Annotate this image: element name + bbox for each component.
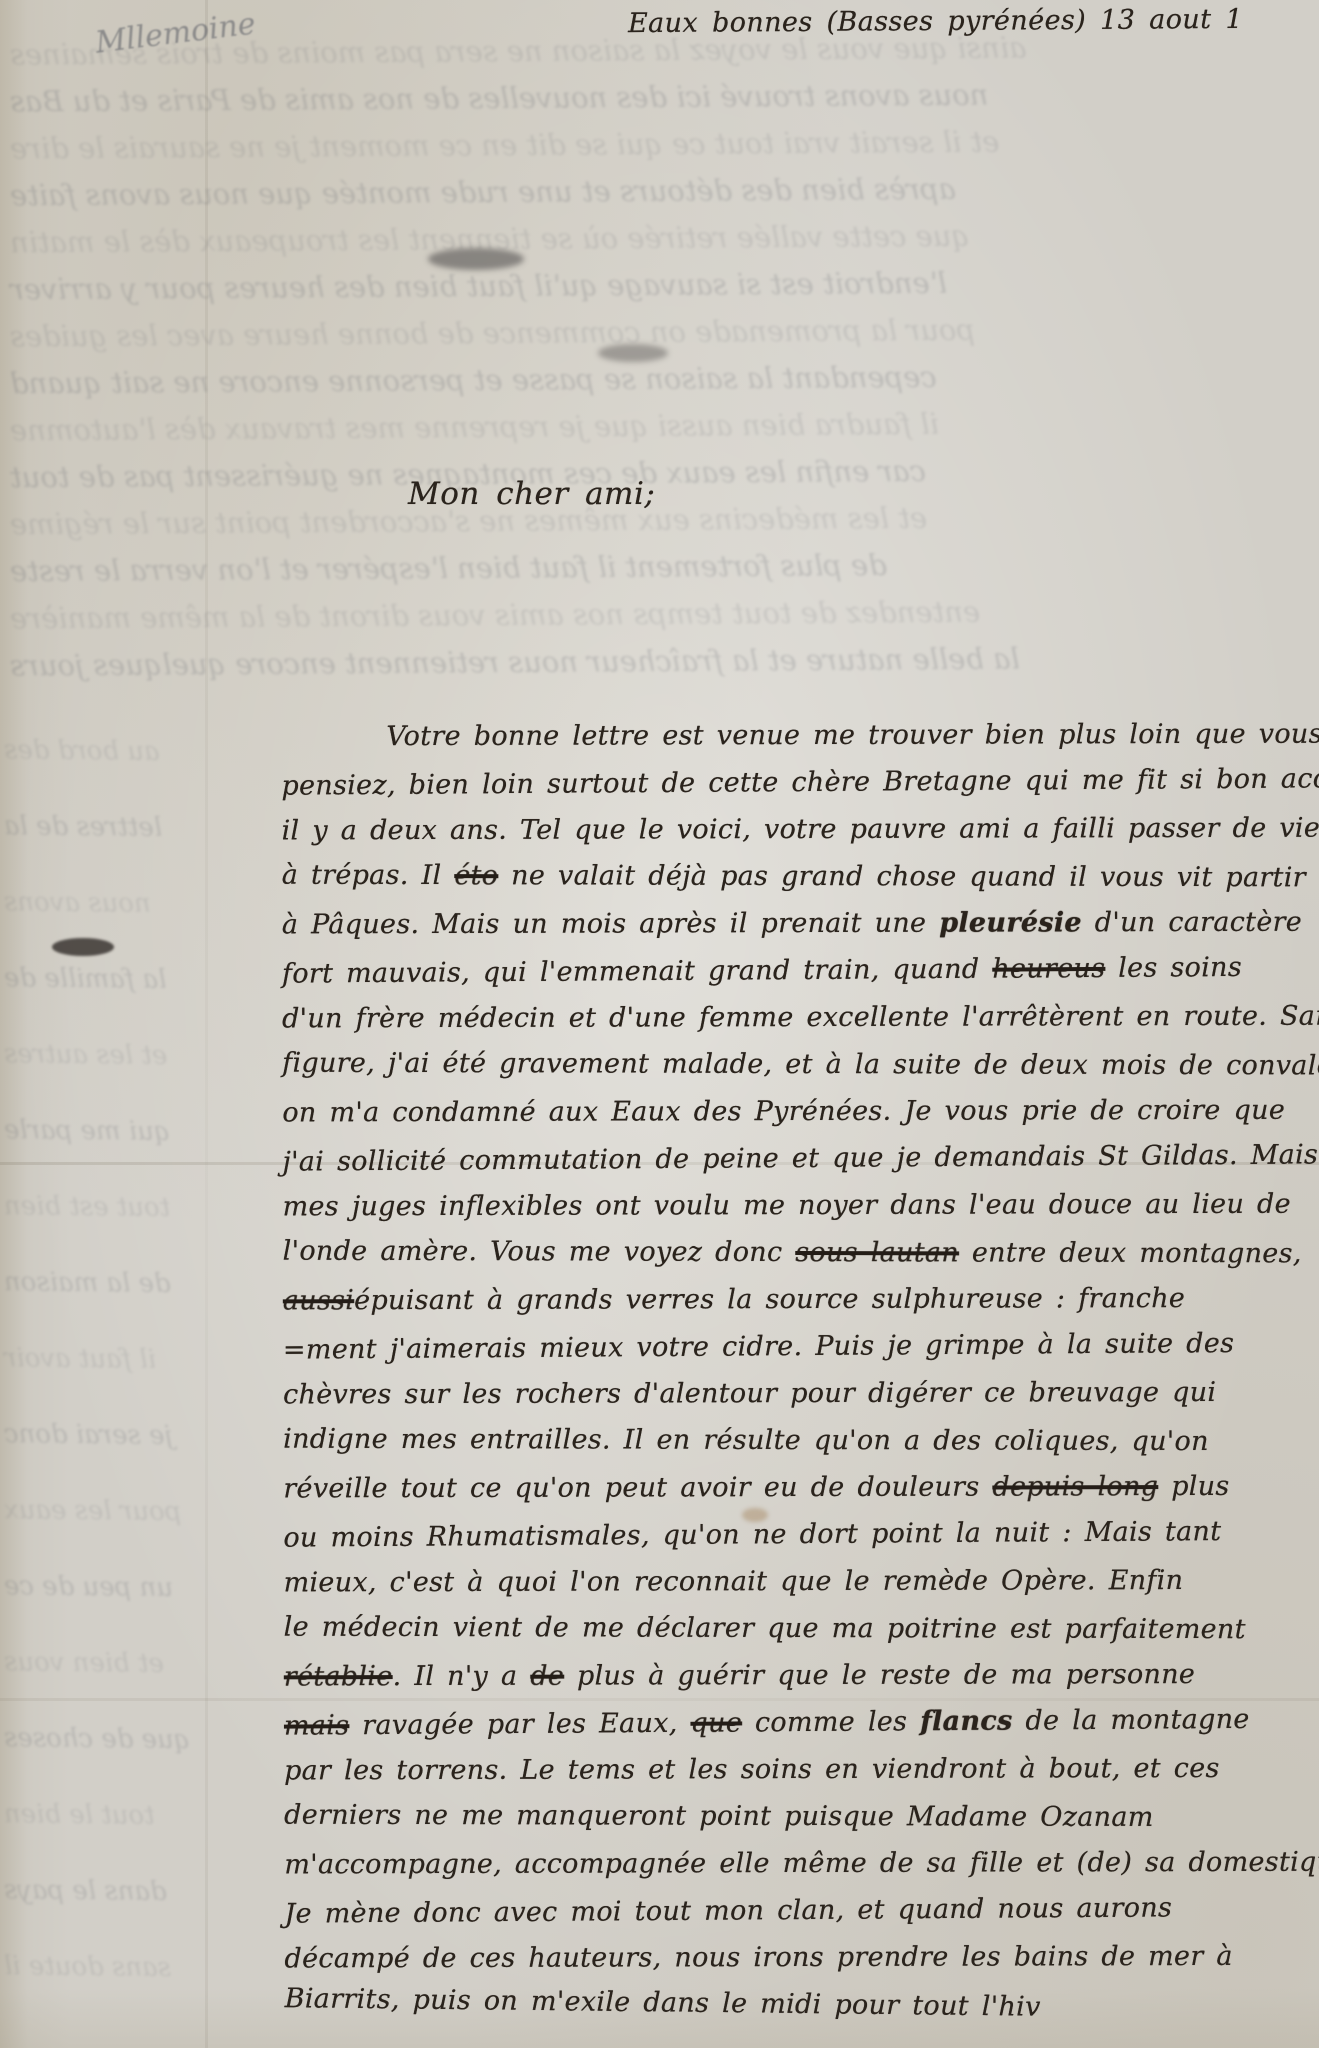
letter-text-segment: figure, j'ai été gravement malade, et à …	[282, 1048, 1319, 1082]
letter-line: pensiez, bien loin surtout de cette chèr…	[281, 755, 1319, 809]
letter-line: on m'a condamné aux Eaux des Pyrénées. J…	[282, 1087, 1319, 1137]
bleedthrough-line: et bien vous	[4, 1647, 164, 1679]
letter-line: figure, j'ai été gravement malade, et à …	[282, 1040, 1319, 1090]
letter-text-segment: comme les	[742, 1706, 920, 1738]
bleedthrough-line: cependant la saison se passe et personne…	[10, 360, 937, 400]
letter-line: Votre bonne lettre est venue me trouver …	[281, 711, 1319, 761]
letter-text-segment: il y a deux ans. Tel que le voici, votre…	[282, 813, 1319, 847]
letter-line: =ment j'aimerais mieux votre cidre. Puis…	[283, 1319, 1319, 1373]
bleedthrough-line: il faut avoir	[4, 1343, 156, 1375]
bleedthrough-line: l'endroit est si sauvage qu'il faut bien…	[10, 266, 947, 307]
letter-line: aussiépuisant à grands verres la source …	[283, 1275, 1319, 1325]
letter-text-segment: Je mène donc avec moi tout mon clan, et …	[284, 1892, 1172, 1929]
bleedthrough-line: dans le pays	[4, 1875, 167, 1907]
ink-smudge	[428, 248, 524, 270]
letter-text-segment: épuisant à grands verres la source sulph…	[354, 1283, 1185, 1316]
ink-blot	[52, 938, 114, 956]
struck-word: que	[690, 1707, 742, 1738]
bleedthrough-line: de plus fortement il faut bien l'espérer…	[10, 548, 887, 588]
letter-line: réveille tout ce qu'on peut avoir eu de …	[283, 1463, 1319, 1513]
letter-line: Je mène donc avec moi tout mon clan, et …	[284, 1883, 1319, 1937]
bleedthrough-line: la famille de	[4, 963, 167, 995]
letter-text-segment: les soins	[1105, 952, 1242, 984]
bleedthrough-line: lettres de la	[4, 811, 162, 843]
letter-line: décampé de ces hauteurs, nous irons pren…	[284, 1933, 1319, 1983]
struck-word: mais	[284, 1710, 350, 1741]
letter-text-segment: d'un frère médecin et d'une femme excell…	[282, 1001, 1319, 1035]
overwritten-word: pleurésie	[939, 907, 1082, 938]
letter-text-segment: décampé de ces hauteurs, nous irons pren…	[284, 1941, 1232, 1974]
letter-text-segment: derniers ne me manqueront point puisque …	[284, 1800, 1154, 1833]
bleedthrough-line: entendez de tout temps nos amis vous dir…	[10, 595, 980, 636]
letter-line: indigne mes entrailles. Il en résulte qu…	[283, 1416, 1319, 1466]
letter-text-segment: ne valait déjà pas grand chose quand il …	[498, 860, 1306, 893]
bleedthrough-line: que de choses	[4, 1723, 191, 1755]
bleedthrough-line: tout le bien	[4, 1799, 155, 1831]
overwritten-word: flancs	[920, 1706, 1013, 1738]
letter-text-segment: Votre bonne lettre est venue me trouver …	[386, 719, 1319, 753]
letter-text-segment: le médecin vient de me déclarer que ma p…	[284, 1612, 1246, 1646]
bleedthrough-line: la belle nature et la fraîcheur nous ret…	[10, 641, 1020, 682]
letter-line: fort mauvais, qui l'emmenait grand train…	[282, 943, 1319, 997]
bleedthrough-line: de la maison	[4, 1267, 171, 1299]
bleedthrough-line: et il serait vrai tout ce qui se dit en …	[10, 125, 1000, 166]
letter-text-segment: à Pâques. Mais un mois après il prenait …	[282, 908, 939, 941]
bleedthrough-line: je serai donc	[4, 1419, 173, 1451]
letter-line: chèvres sur les rochers d'alentour pour …	[283, 1369, 1319, 1419]
letter-text-segment: indigne mes entrailles. Il en résulte qu…	[283, 1424, 1209, 1457]
letter-text-segment: à trépas. Il	[282, 860, 455, 891]
letter-line: l'onde amère. Vous me voyez donc sous la…	[283, 1228, 1319, 1278]
letter-line: à Pâques. Mais un mois après il prenait …	[282, 899, 1319, 949]
struck-word: heureus	[992, 953, 1105, 985]
letter-text-segment: =ment j'aimerais mieux votre cidre. Puis…	[283, 1328, 1234, 1366]
letter-line: derniers ne me manqueront point puisque …	[284, 1792, 1319, 1842]
letter-line: d'un frère médecin et d'une femme excell…	[282, 993, 1319, 1043]
letter-line: rétablie. Il n'y a de plus à guérir que …	[284, 1651, 1319, 1701]
struck-word: éto	[454, 860, 498, 891]
bleedthrough-line: il faudra bien aussi que je reprenne mes…	[10, 407, 939, 447]
letter-text-segment: on m'a condamné aux Eaux des Pyrénées. J…	[282, 1095, 1285, 1129]
letter-line: m'accompagne, accompagnée elle même de s…	[284, 1839, 1319, 1889]
letter-line: il y a deux ans. Tel que le voici, votre…	[282, 805, 1319, 855]
letter-line: Biarrits, puis on m'exile dans le midi p…	[284, 1975, 1319, 2034]
letter-text-segment: m'accompagne, accompagnée elle même de s…	[284, 1847, 1319, 1881]
bleedthrough-line: un peu de ce	[4, 1571, 173, 1603]
struck-word: aussi	[283, 1285, 354, 1316]
letter-text-segment: d'un caractère	[1082, 907, 1302, 939]
letter-text-segment: plus	[1158, 1471, 1229, 1502]
letter-line: mieux, c'est à quoi l'on reconnait que l…	[283, 1557, 1319, 1607]
letter-text-segment: j'ai sollicité commutation de peine et q…	[282, 1139, 1318, 1177]
ink-smudge	[598, 344, 668, 362]
bleedthrough-line: et les autres	[4, 1039, 168, 1071]
letter-line: mais ravagée par les Eaux, que comme les…	[284, 1695, 1319, 1749]
letter-line: mes juges inflexibles ont voulu me noyer…	[283, 1181, 1319, 1231]
letter-line: à trépas. Il éto ne valait déjà pas gran…	[282, 852, 1319, 902]
struck-word: depuis long	[992, 1471, 1158, 1502]
vertical-fold-crease	[205, 0, 208, 2048]
letter-page: { "document_type": "handwritten letter (…	[0, 0, 1319, 2048]
letter-text-segment: entre deux montagnes,	[959, 1237, 1302, 1269]
letter-text-segment: ou moins Rhumatismales, qu'on ne dort po…	[283, 1516, 1221, 1554]
pencil-annotation: Mllemoine	[93, 6, 257, 60]
letter-text-segment: réveille tout ce qu'on peut avoir eu de …	[283, 1472, 992, 1505]
letter-line: par les torrens. Le tems et les soins en…	[284, 1745, 1319, 1795]
letter-text-segment: mes juges inflexibles ont voulu me noyer…	[283, 1189, 1291, 1223]
letter-text-segment: mieux, c'est à quoi l'on reconnait que l…	[284, 1565, 1184, 1598]
salutation: Mon cher ami;	[408, 476, 655, 512]
struck-word: rétablie	[284, 1661, 393, 1692]
struck-word: de	[530, 1661, 564, 1692]
letter-line: ou moins Rhumatismales, qu'on ne dort po…	[283, 1507, 1319, 1561]
bleedthrough-line: qui me parle	[4, 1115, 171, 1147]
letter-text-segment: de la montagne	[1012, 1704, 1249, 1737]
letter-text-segment: par les torrens. Le tems et les soins en…	[284, 1753, 1220, 1786]
letter-text-segment: pensiez, bien loin surtout de cette chèr…	[281, 763, 1319, 802]
letter-line: j'ai sollicité commutation de peine et q…	[282, 1131, 1319, 1185]
letter-body: Votre bonne lettre est venue me trouver …	[281, 711, 1319, 2030]
bleedthrough-line: nous avons trouvé ici des nouvelles de n…	[10, 78, 988, 119]
letter-text-segment: plus à guérir que le reste de ma personn…	[564, 1659, 1195, 1692]
bleedthrough-line: pour les eaux	[4, 1495, 182, 1527]
letter-line: le médecin vient de me déclarer que ma p…	[284, 1604, 1319, 1654]
bleedthrough-line: tout est bien	[4, 1191, 170, 1223]
letter-text-segment: . Il n'y a	[393, 1661, 531, 1692]
struck-word: sous lautan	[795, 1237, 959, 1268]
letter-text-segment: Biarrits, puis on m'exile dans le midi p…	[285, 1983, 1041, 2023]
bleedthrough-line: pour la promenade on commence de bonne h…	[10, 313, 975, 354]
dateline: Eaux bonnes (Basses pyrénées) 13 aout 1	[628, 4, 1243, 39]
letter-text-segment: fort mauvais, qui l'emmenait grand train…	[282, 954, 993, 990]
letter-text-segment: ravagée par les Eaux,	[349, 1708, 690, 1741]
letter-text-segment: chèvres sur les rochers d'alentour pour …	[283, 1377, 1216, 1410]
bleedthrough-line: nous avons	[4, 887, 151, 919]
letter-text-segment: l'onde amère. Vous me voyez donc	[283, 1236, 796, 1268]
bleedthrough-line: sans doute il	[4, 1951, 171, 1983]
bleedthrough-line: au bord des	[4, 735, 160, 767]
bleedthrough-line: après bien des détours et une rude monté…	[10, 172, 956, 213]
